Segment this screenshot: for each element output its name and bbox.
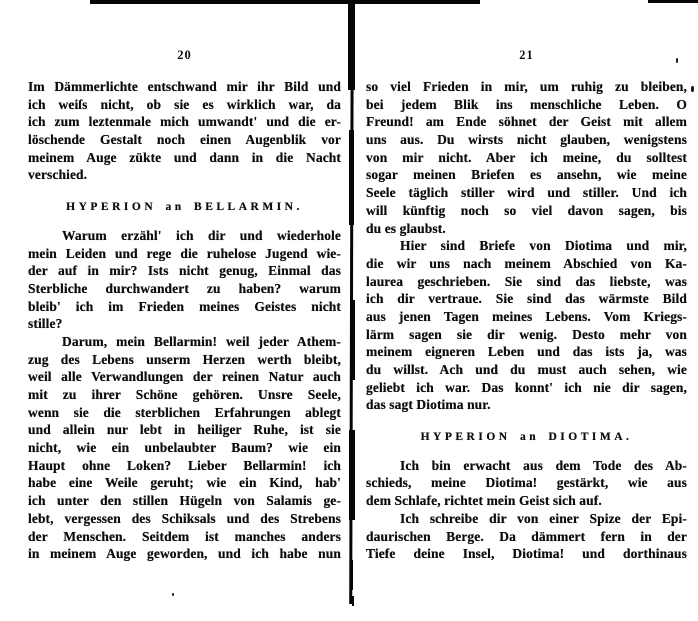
section-heading: HYPERION an BELLARMIN. — [28, 199, 341, 217]
text-line: das sagt Diotima nur. — [366, 396, 687, 414]
text-line: ich zum leztenmale mich umwandt' und die… — [28, 113, 341, 131]
text-line: und allein nur lebt in heiliger Ruhe, is… — [28, 421, 341, 439]
text-line: schieds, meine Diotima! gestärkt, wie au… — [366, 474, 687, 492]
text-line: Im Dämmerlichte entschwand mir ihr Bild … — [28, 78, 341, 96]
text-line: Darum, mein Bellarmin! weil jeder Athem- — [28, 333, 341, 351]
text-line: daurischen Berge. Da dämmert fern in der — [366, 528, 687, 546]
text-line: du es glaubst. — [366, 220, 687, 238]
text-line: sogar meinen Briefen es ansehn, wie mein… — [366, 166, 687, 184]
text-line: ich dir vertraue. Sie sind das wärmste B… — [366, 290, 687, 308]
page-number-right: 21 — [366, 48, 687, 63]
text-line: lärm sagen sie dir wenig. Desto mehr von — [366, 326, 687, 344]
text-line: laurea geschrieben. Sie sind das liebste… — [366, 273, 687, 291]
text-line: zug des Lebens unserm Herzen werth bleib… — [28, 351, 341, 369]
text-line: der auf in mir? Ists nicht genug, Einmal… — [28, 262, 341, 280]
binding-gutter-blob — [348, 0, 355, 90]
text-line: bleib' ich im Frieden meines Geistes nic… — [28, 298, 341, 316]
text-line: Tiefe deine Insel, Diotima! und dorthina… — [366, 545, 687, 563]
text-line: bei jedem Blik ins menschliche Leben. O — [366, 96, 687, 114]
text-line: in meinem Auge geworden, und ich habe nu… — [28, 545, 341, 563]
book-scan: { "meta": { "paper_color": "#ffffff", "i… — [0, 0, 698, 621]
text-line: die wir uns nach meinem Abschied von Ka- — [366, 255, 687, 273]
text-line: uns aus. Du wirsts nicht glauben, wenigs… — [366, 131, 687, 149]
ink-speck — [172, 593, 174, 596]
text-line: wenn sie die sterblichen Erfahrungen abl… — [28, 404, 341, 422]
text-line: ich weiſs nicht, ob sie es wirklich war,… — [28, 96, 341, 114]
text-line: weil alle Verwandlungen der reinen Natur… — [28, 368, 341, 386]
text-line: von mir nicht. Aber ich meine, du sollte… — [366, 149, 687, 167]
text-line: geliebt ich war. Das konnt' ich nie dir … — [366, 379, 687, 397]
text-line: stille? — [28, 315, 341, 333]
text-line: verschied. — [28, 166, 341, 184]
section-heading: HYPERION an DIOTIMA. — [366, 429, 687, 447]
page-left: 20 Im Dämmerlichte entschwand mir ihr Bi… — [28, 78, 341, 563]
text-line: der Menschen. Seitdem ist manches anders — [28, 528, 341, 546]
text-line: du willst. Ach und du must auch sehen, w… — [366, 361, 687, 379]
binding-gutter-blob — [349, 130, 354, 225]
scan-edge-artifact-top — [90, 0, 480, 4]
ink-speck — [691, 86, 694, 92]
text-line: lebt, vergessen des Schiksals und des St… — [28, 510, 341, 528]
binding-gutter-blob — [349, 430, 355, 520]
text-line: Haupt ohne Loken? Lieber Bellarmin! ich — [28, 457, 341, 475]
text-line: Ich schreibe dir von einer Spize der Epi… — [366, 510, 687, 528]
text-line: mein Leiden und rege die ruhelose Jugend… — [28, 245, 341, 263]
text-line: meinem Auge zükte und dann in die Nacht — [28, 149, 341, 167]
text-line: Hier sind Briefe von Diotima und mir, — [366, 237, 687, 255]
text-line: so viel Frieden in mir, um ruhig zu blei… — [366, 78, 687, 96]
text-line: aus jenen Tagen meines Lebens. Vom Krieg… — [366, 308, 687, 326]
text-line: mit zu ihrer Schöne gehören. Unsre Seele… — [28, 386, 341, 404]
page-left-text-block: Im Dämmerlichte entschwand mir ihr Bild … — [28, 78, 341, 563]
text-line: Ich bin erwacht aus dem Tode des Ab- — [366, 457, 687, 475]
text-line: löschende Gestalt noch einen Augenblik v… — [28, 131, 341, 149]
page-right-text-block: so viel Frieden in mir, um ruhig zu blei… — [366, 78, 687, 563]
page-right: 21 so viel Frieden in mir, um ruhig zu b… — [366, 78, 687, 563]
text-line: meinem eigneren Leben und das ists ja, w… — [366, 343, 687, 361]
scan-edge-artifact-top-right — [648, 0, 698, 3]
text-line: ich unter den stillen Hügeln von Salamis… — [28, 492, 341, 510]
text-line: will künftig noch so viel davon sagen, b… — [366, 202, 687, 220]
text-line: nicht, wie ein unbelaubter Baum? wie ein — [28, 439, 341, 457]
binding-gutter-fade — [351, 560, 353, 590]
text-line: Sterbliche durchwandert zu haben? warum — [28, 280, 341, 298]
page-number-left: 20 — [28, 48, 341, 63]
text-line: Freund! am Ende söhnet der Geist mit all… — [366, 113, 687, 131]
text-line: dem Schlafe, richtet mein Geist sich auf… — [366, 492, 687, 510]
text-line: Seele täglich stiller wird und stiller. … — [366, 184, 687, 202]
text-line: Warum erzähl' ich dir und wiederhole — [28, 227, 341, 245]
binding-gutter-fade — [352, 596, 354, 606]
text-line: habe eine Weile geruht; wie ein Kind, ha… — [28, 474, 341, 492]
binding-gutter-blob — [350, 300, 355, 380]
